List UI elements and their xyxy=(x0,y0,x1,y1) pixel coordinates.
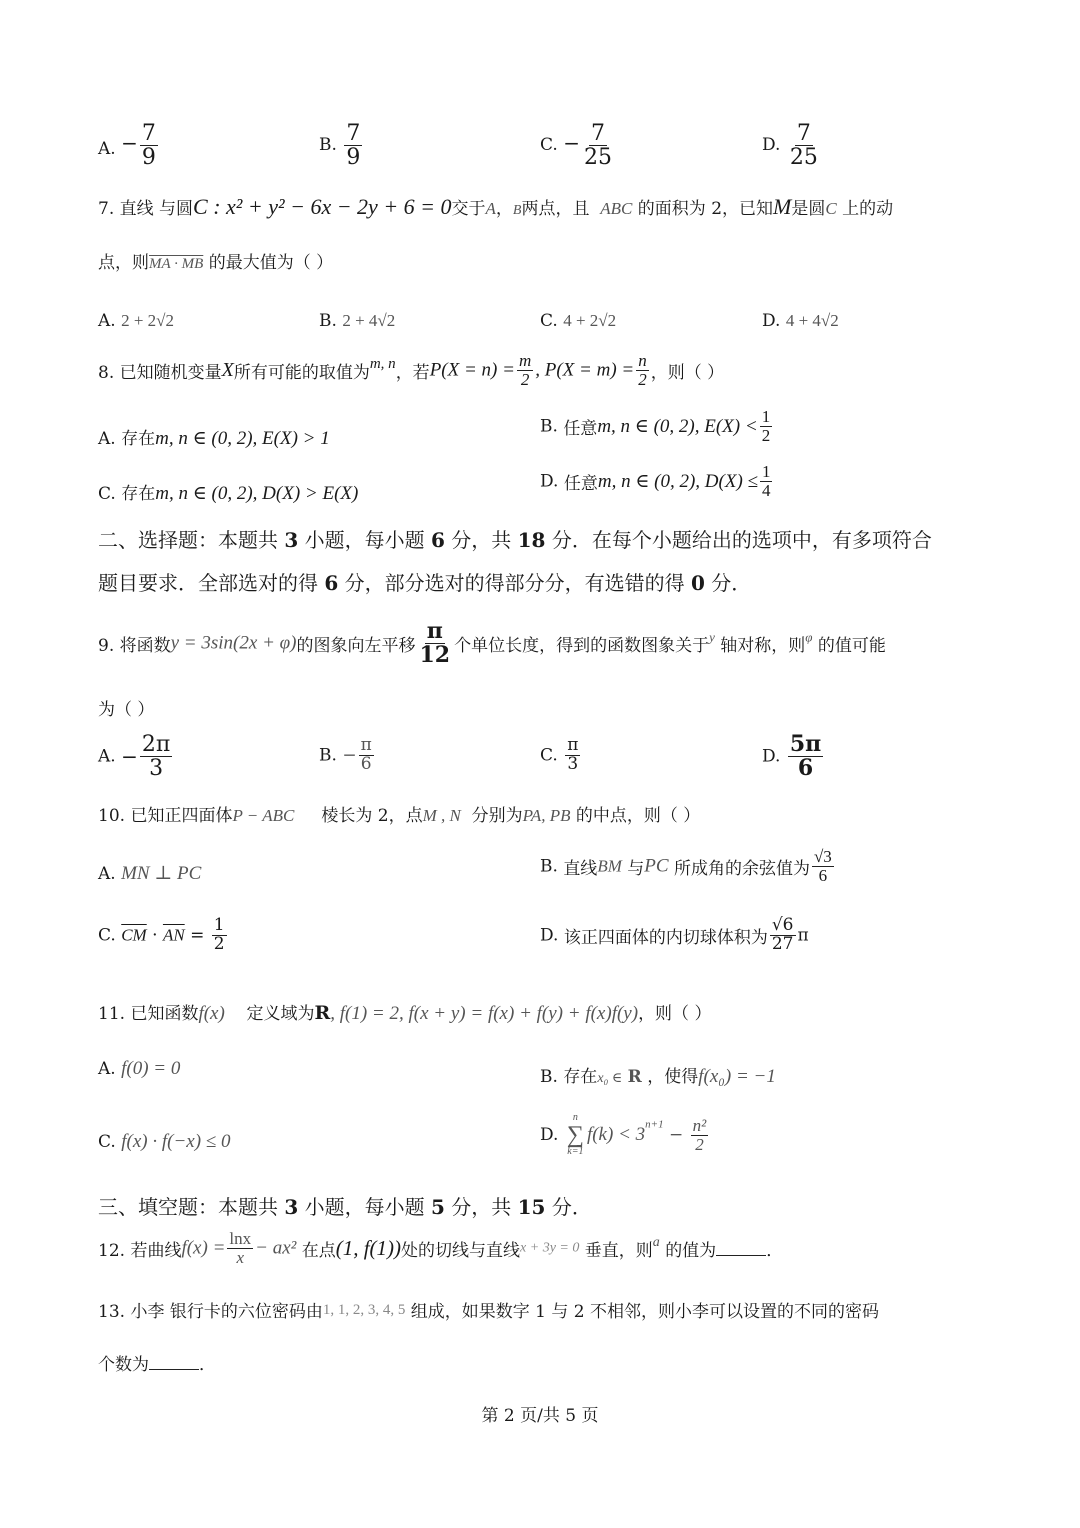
edges-pa-pb: PA, PB xyxy=(523,806,571,825)
page-footer: 第 2 页/共 5 页 xyxy=(0,1401,1080,1426)
option-label: B. xyxy=(319,311,337,331)
option-label: A. xyxy=(98,864,116,884)
minus-sign: − xyxy=(121,131,138,155)
numerator: 1 xyxy=(760,408,773,427)
q11-option-d: D. n∑k=1f(k) < 3n+1 − n²2 xyxy=(540,1113,710,1157)
numerator: π xyxy=(425,620,445,644)
numerator: 7 xyxy=(795,122,813,146)
section-count: 3 xyxy=(284,1195,298,1219)
fraction: √36 xyxy=(812,848,834,885)
circle-equation: C : x² + y² − 6x − 2y + 6 = 0 xyxy=(193,194,451,219)
q7-text: 的最大值为（ ） xyxy=(209,253,333,273)
prob-expr-2: , P(X = m) = xyxy=(535,359,634,380)
q9-option-a: A. −2π3 xyxy=(98,733,174,780)
option-label: C. xyxy=(540,311,558,331)
dot-operator: · xyxy=(147,925,163,945)
q7-text: 的面积为 2，已知 xyxy=(638,199,773,219)
fraction: m2 xyxy=(517,352,533,389)
section-total: 15 xyxy=(518,1195,546,1219)
option-value: 4 + 4√2 xyxy=(786,311,839,330)
q7-option-d: D. 4 + 4√2 xyxy=(762,311,839,331)
fraction: n²2 xyxy=(691,1117,709,1154)
option-expr: m, n ∈ (0, 2), E(X) < xyxy=(597,416,757,437)
section-text: 分，部分选对的得部分分，有选错的得 xyxy=(338,571,691,595)
q11-option-c: C. f(x) · f(−x) ≤ 0 xyxy=(98,1131,230,1153)
denominator: 2 xyxy=(212,936,227,954)
section-text: 分． xyxy=(545,1195,591,1219)
option-expr: f(k) < 3 xyxy=(587,1124,645,1145)
prob-expr-1: P(X = n) = xyxy=(430,359,515,380)
option-label: C. xyxy=(98,925,116,945)
option-value: 2 + 2√2 xyxy=(121,311,174,330)
minus-sign: − xyxy=(664,1125,689,1145)
section-total: 18 xyxy=(518,528,546,552)
exponent: n+1 xyxy=(645,1119,663,1131)
denominator: x xyxy=(234,1249,246,1267)
option-text: 该正四面体的内切球体积为 xyxy=(564,928,768,948)
q9-option-b: B. −π6 xyxy=(319,737,376,774)
fraction: 14 xyxy=(760,463,773,500)
q13-text: ． xyxy=(199,1355,216,1375)
section-text: 二、选择题：本题共 xyxy=(98,528,284,552)
q8-text: ，则（ ） xyxy=(651,363,724,383)
numerator: m xyxy=(517,352,533,371)
vector-dot-product: MA · MB xyxy=(149,256,203,272)
section-text: 分．在每个小题给出的选项中，有多项符合 xyxy=(545,528,931,552)
q7-text: 7. 直线 与圆 xyxy=(98,199,193,219)
option-label: B. xyxy=(319,135,337,155)
option-label: A. xyxy=(98,747,116,767)
option-value: 2 + 4√2 xyxy=(342,311,395,330)
set-r: R xyxy=(628,1067,642,1087)
q6-option-a: A. −79 xyxy=(98,122,160,169)
q11-text: 定义域为 xyxy=(246,1004,314,1024)
q12-text: 垂直，则 xyxy=(585,1241,653,1261)
q9-text: 的图象向左平移 xyxy=(296,636,415,656)
denominator: 3 xyxy=(565,756,580,774)
q10-option-d: D. 该正四面体的内切球体积为√627π xyxy=(540,917,809,954)
section-text: 分，共 xyxy=(445,528,518,552)
q10-text: 的中点，则（ ） xyxy=(576,806,700,826)
section-text: 小题，每小题 xyxy=(298,1195,431,1219)
page-number: 第 2 页/共 5 页 xyxy=(482,1406,599,1426)
phi-symbol: φ xyxy=(805,629,812,644)
fraction: 5π6 xyxy=(788,733,823,780)
fraction: √627 xyxy=(770,917,796,954)
q12-stem: 12. 若曲线f(x) =lnxx− ax² 在点(1, f(1))处的切线与直… xyxy=(98,1230,783,1267)
section-count: 3 xyxy=(284,528,298,552)
q8-stem: 8. 已知随机变量X所有可能的取值为m, n，若P(X = n) =m2, P(… xyxy=(98,352,724,389)
q12-text: 12. 若曲线 xyxy=(98,1241,181,1261)
fraction: n2 xyxy=(636,352,649,389)
sum-lower: k=1 xyxy=(567,1147,583,1157)
fraction: 725 xyxy=(788,122,820,169)
fraction: π12 xyxy=(417,620,452,667)
fraction: 79 xyxy=(344,122,362,169)
triangle-abc: ABC xyxy=(600,199,632,218)
sigma-icon: ∑ xyxy=(567,1123,584,1147)
option-label: C. xyxy=(98,1132,116,1152)
q13-text: 组成，如果数字 1 与 2 不相邻，则小李可以设置的不同的密码 xyxy=(411,1302,879,1322)
numerator: 7 xyxy=(344,122,362,146)
option-prefix: 存在 xyxy=(121,429,155,449)
fraction: 12 xyxy=(760,408,773,445)
numerator: n² xyxy=(691,1117,709,1136)
section-points: 0 xyxy=(691,571,705,595)
option-text: 所成角的余弦值为 xyxy=(674,859,810,879)
numerator: 5π xyxy=(788,733,823,757)
q7-option-a: A. 2 + 2√2 xyxy=(98,311,174,331)
answer-blank[interactable] xyxy=(716,1241,766,1256)
tangent-point: (1, f(1)) xyxy=(336,1236,401,1260)
option-text: 直线 xyxy=(563,859,597,879)
minus-sign: − xyxy=(121,745,138,769)
q7-stem-line1: 7. 直线 与圆C : x² + y² − 6x − 2y + 6 = 0交于A… xyxy=(98,196,893,218)
circle-c: C xyxy=(825,199,836,218)
section-2-heading-line1: 二、选择题：本题共 3 小题，每小题 6 分，共 18 分．在每个小题给出的选项… xyxy=(98,530,932,550)
q8-text: 8. 已知随机变量 xyxy=(98,363,222,383)
numerator: 1 xyxy=(760,463,773,482)
q8-option-b: B. 任意m, n ∈ (0, 2), E(X) <12 xyxy=(540,408,774,445)
denominator: 4 xyxy=(760,482,773,500)
vector-cm: CM xyxy=(121,925,147,944)
option-expr: m, n ∈ (0, 2), E(X) > 1 xyxy=(155,428,330,449)
option-expr: m, n ∈ (0, 2), D(X) ≤ xyxy=(598,471,758,492)
option-label: B. xyxy=(540,856,558,876)
option-prefix: 存在 xyxy=(563,1067,597,1087)
denominator: 25 xyxy=(788,146,820,169)
q10-option-b: B. 直线BM 与PC 所成角的余弦值为√36 xyxy=(540,848,836,885)
option-expr: f(0) = 0 xyxy=(121,1058,180,1079)
q11-text: 11. 已知函数 xyxy=(98,1004,198,1024)
q6-option-c: C. −725 xyxy=(540,122,616,169)
q10-option-c: C. CM · AN = 12 xyxy=(98,917,229,954)
denominator: 2 xyxy=(760,427,773,445)
q7-option-c: C. 4 + 2√2 xyxy=(540,311,616,331)
option-label: D. xyxy=(762,747,780,767)
q11-option-b: B. 存在x₀ ∈ R ，使得f(x₀) = −1 xyxy=(540,1062,776,1088)
denominator: 3 xyxy=(147,757,165,780)
section-text: 分，共 xyxy=(445,1195,518,1219)
q9-text: 个单位长度，得到的函数图象关于 xyxy=(454,636,709,656)
option-label: A. xyxy=(98,139,116,159)
denominator: 6 xyxy=(359,756,374,774)
digit-set: 1, 1, 2, 3, 4, 5 xyxy=(323,1302,406,1318)
line-pc: PC xyxy=(644,855,668,876)
point-m: M xyxy=(773,194,791,219)
option-value: 4 + 2√2 xyxy=(563,311,616,330)
q9-text: 为（ ） xyxy=(98,700,154,720)
option-label: A. xyxy=(98,429,116,449)
option-label: A. xyxy=(98,311,116,331)
section-text: 小题，每小题 xyxy=(298,528,431,552)
values-mn: m, n xyxy=(370,356,396,372)
section-3-heading: 三、填空题：本题共 3 小题，每小题 5 分，共 15 分． xyxy=(98,1197,592,1217)
q13-stem-line1: 13. 小李 银行卡的六位密码由1, 1, 2, 3, 4, 5 组成，如果数字… xyxy=(98,1303,879,1321)
fraction: 2π3 xyxy=(140,733,172,780)
function-rest: − ax² xyxy=(255,1237,296,1258)
numerator: 7 xyxy=(140,122,158,146)
q12-text: ． xyxy=(766,1241,783,1261)
option-expr: MN ⊥ PC xyxy=(121,863,201,884)
q11-text: ，则（ ） xyxy=(638,1004,711,1024)
denominator: 2 xyxy=(519,371,532,389)
vector-an: AN xyxy=(163,925,185,944)
y-axis: y xyxy=(709,629,715,644)
q10-text: 棱长为 2，点 xyxy=(321,806,422,826)
equals: = xyxy=(185,925,210,945)
option-label: D. xyxy=(762,135,780,155)
section-points: 6 xyxy=(324,571,338,595)
denominator: 12 xyxy=(417,644,452,667)
numerator: n xyxy=(636,352,649,371)
functional-equation: , f(1) = 2, f(x + y) = f(x) + f(y) + f(x… xyxy=(330,1003,638,1024)
pi-symbol: π xyxy=(798,925,809,945)
q8-option-d: D. 任意m, n ∈ (0, 2), D(X) ≤14 xyxy=(540,463,774,500)
q10-text: 分别为 xyxy=(472,806,523,826)
denominator: 2 xyxy=(693,1136,706,1154)
fraction: lnxx xyxy=(227,1230,253,1267)
q11-stem: 11. 已知函数f(x) 定义域为R, f(1) = 2, f(x + y) =… xyxy=(98,1004,711,1023)
denominator: 25 xyxy=(582,146,614,169)
option-text: 与 xyxy=(627,859,644,879)
option-prefix: 任意 xyxy=(564,474,598,494)
tetrahedron-label: P − ABC xyxy=(232,806,294,825)
q7-stem-line2: 点，则MA · MB 的最大值为（ ） xyxy=(98,255,333,272)
fraction: 79 xyxy=(140,122,158,169)
points-mn: M , N xyxy=(423,806,461,825)
section-2-heading-line2: 题目要求．全部选对的得 6 分，部分选对的得部分分，有选错的得 0 分． xyxy=(98,573,751,593)
q13-text: 个数为 xyxy=(98,1355,149,1375)
numerator: √3 xyxy=(812,848,834,867)
section-text: 三、填空题：本题共 xyxy=(98,1195,284,1219)
option-label: C. xyxy=(540,745,558,765)
x0-element: x₀ ∈ xyxy=(597,1071,622,1086)
option-label: C. xyxy=(540,135,558,155)
numerator: 7 xyxy=(589,122,607,146)
q7-text: 是圆 xyxy=(791,199,825,219)
q10-stem: 10. 已知正四面体P − ABC 棱长为 2，点M , N 分别为PA, PB… xyxy=(98,807,700,825)
q11-option-a: A. f(0) = 0 xyxy=(98,1058,180,1080)
option-prefix: 存在 xyxy=(121,484,155,504)
option-label: D. xyxy=(540,925,558,945)
numerator: 2π xyxy=(140,733,172,757)
q7-text: 两点，且 xyxy=(521,199,589,219)
option-text: ，使得 xyxy=(647,1067,698,1087)
q8-text: 所有可能的取值为 xyxy=(234,363,370,383)
fraction: 725 xyxy=(582,122,614,169)
function-expr: y = 3sin(2x + φ) xyxy=(171,633,297,654)
minus-sign: − xyxy=(342,745,356,765)
denominator: 9 xyxy=(344,146,362,169)
q7-text: 上的动 xyxy=(842,199,893,219)
fraction: π6 xyxy=(359,737,374,774)
domain-r: R xyxy=(314,1002,330,1024)
option-label: D. xyxy=(762,311,780,331)
option-label: B. xyxy=(540,1067,558,1087)
q12-text: 处的切线与直线 xyxy=(401,1241,520,1261)
q9-text: 轴对称，则 xyxy=(720,636,805,656)
denominator: 27 xyxy=(770,936,796,954)
q9-text: 的值可能 xyxy=(818,636,886,656)
option-label: C. xyxy=(98,484,116,504)
line-bm: BM xyxy=(597,856,622,875)
q8-option-c: C. 存在m, n ∈ (0, 2), D(X) > E(X) xyxy=(98,479,358,505)
option-prefix: 任意 xyxy=(563,419,597,439)
option-label: D. xyxy=(540,471,558,491)
option-label: D. xyxy=(540,1125,558,1145)
denominator: 9 xyxy=(140,146,158,169)
q7-text: ， xyxy=(496,199,513,219)
fraction: π3 xyxy=(565,737,580,774)
q6-option-b: B. 79 xyxy=(319,122,364,169)
option-expr: f(x₀) = −1 xyxy=(698,1066,776,1087)
section-points: 5 xyxy=(431,1195,445,1219)
section-text: 题目要求．全部选对的得 xyxy=(98,571,324,595)
function-lhs: f(x) = xyxy=(181,1237,225,1258)
summation: n∑k=1 xyxy=(567,1113,584,1157)
point-a: A xyxy=(486,199,496,218)
option-label: A. xyxy=(98,1059,116,1079)
fraction: 12 xyxy=(212,917,227,954)
numerator: lnx xyxy=(227,1230,253,1249)
q13-text: 13. 小李 银行卡的六位密码由 xyxy=(98,1302,323,1322)
q7-text: 交于 xyxy=(452,199,486,219)
q9-text: 9. 将函数 xyxy=(98,636,171,656)
denominator: 6 xyxy=(796,757,815,780)
q13-stem-line2: 个数为． xyxy=(98,1355,216,1374)
q12-text: 的值为 xyxy=(665,1241,716,1261)
q9-stem-line2: 为（ ） xyxy=(98,702,154,719)
q8-text: ，若 xyxy=(396,363,430,383)
section-text: 分． xyxy=(705,571,751,595)
minus-sign: − xyxy=(563,131,580,155)
q9-option-c: C. π3 xyxy=(540,737,582,774)
q9-stem-line1: 9. 将函数y = 3sin(2x + φ)的图象向左平移π12个单位长度，得到… xyxy=(98,620,886,667)
q10-option-a: A. MN ⊥ PC xyxy=(98,862,201,885)
random-variable: X xyxy=(222,359,234,381)
section-points: 6 xyxy=(431,528,445,552)
option-label: B. xyxy=(319,745,337,765)
denominator: 6 xyxy=(817,867,830,885)
q12-text: 在点 xyxy=(302,1241,336,1261)
function-fx: f(x) xyxy=(198,1003,224,1024)
q9-option-d: D. 5π6 xyxy=(762,733,825,780)
q10-text: 10. 已知正四面体 xyxy=(98,806,232,826)
option-expr: m, n ∈ (0, 2), D(X) > E(X) xyxy=(155,483,358,504)
option-label: B. xyxy=(540,416,558,436)
q7-option-b: B. 2 + 4√2 xyxy=(319,311,395,331)
param-a: a xyxy=(653,1235,660,1250)
q8-option-a: A. 存在m, n ∈ (0, 2), E(X) > 1 xyxy=(98,424,330,450)
q6-option-d: D. 725 xyxy=(762,122,822,169)
q7-text: 点，则 xyxy=(98,253,149,273)
denominator: 2 xyxy=(636,371,649,389)
option-expr: f(x) · f(−x) ≤ 0 xyxy=(121,1131,230,1152)
answer-blank[interactable] xyxy=(149,1355,199,1370)
line-equation: x + 3y = 0 xyxy=(520,1240,579,1255)
